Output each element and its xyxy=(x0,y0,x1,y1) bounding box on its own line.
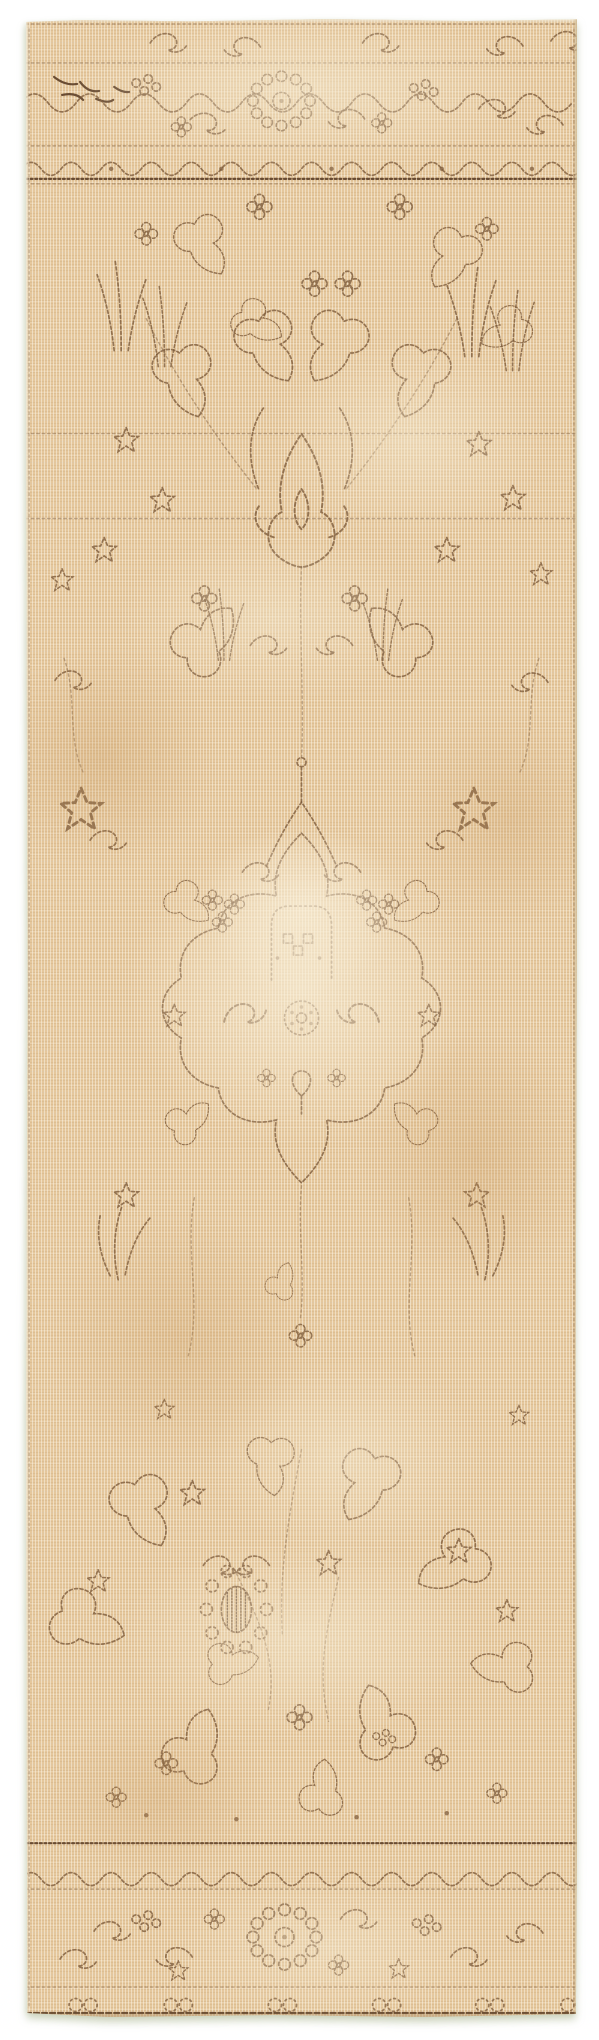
rug-photo xyxy=(26,19,577,2017)
bottom-border-ornament xyxy=(26,1843,577,2013)
palmette-ornament xyxy=(55,407,548,932)
top-border-ornament xyxy=(26,24,577,184)
rug-pattern xyxy=(26,19,577,2017)
upper-field-ornament xyxy=(26,194,577,590)
tulip-pendant xyxy=(292,1071,310,1114)
rug xyxy=(26,19,577,2017)
lower-bouquet-ornament xyxy=(45,1435,536,1822)
central-medallion xyxy=(99,758,529,1425)
studio-backdrop xyxy=(0,0,599,2040)
hatched-cartouche xyxy=(200,1565,272,1653)
